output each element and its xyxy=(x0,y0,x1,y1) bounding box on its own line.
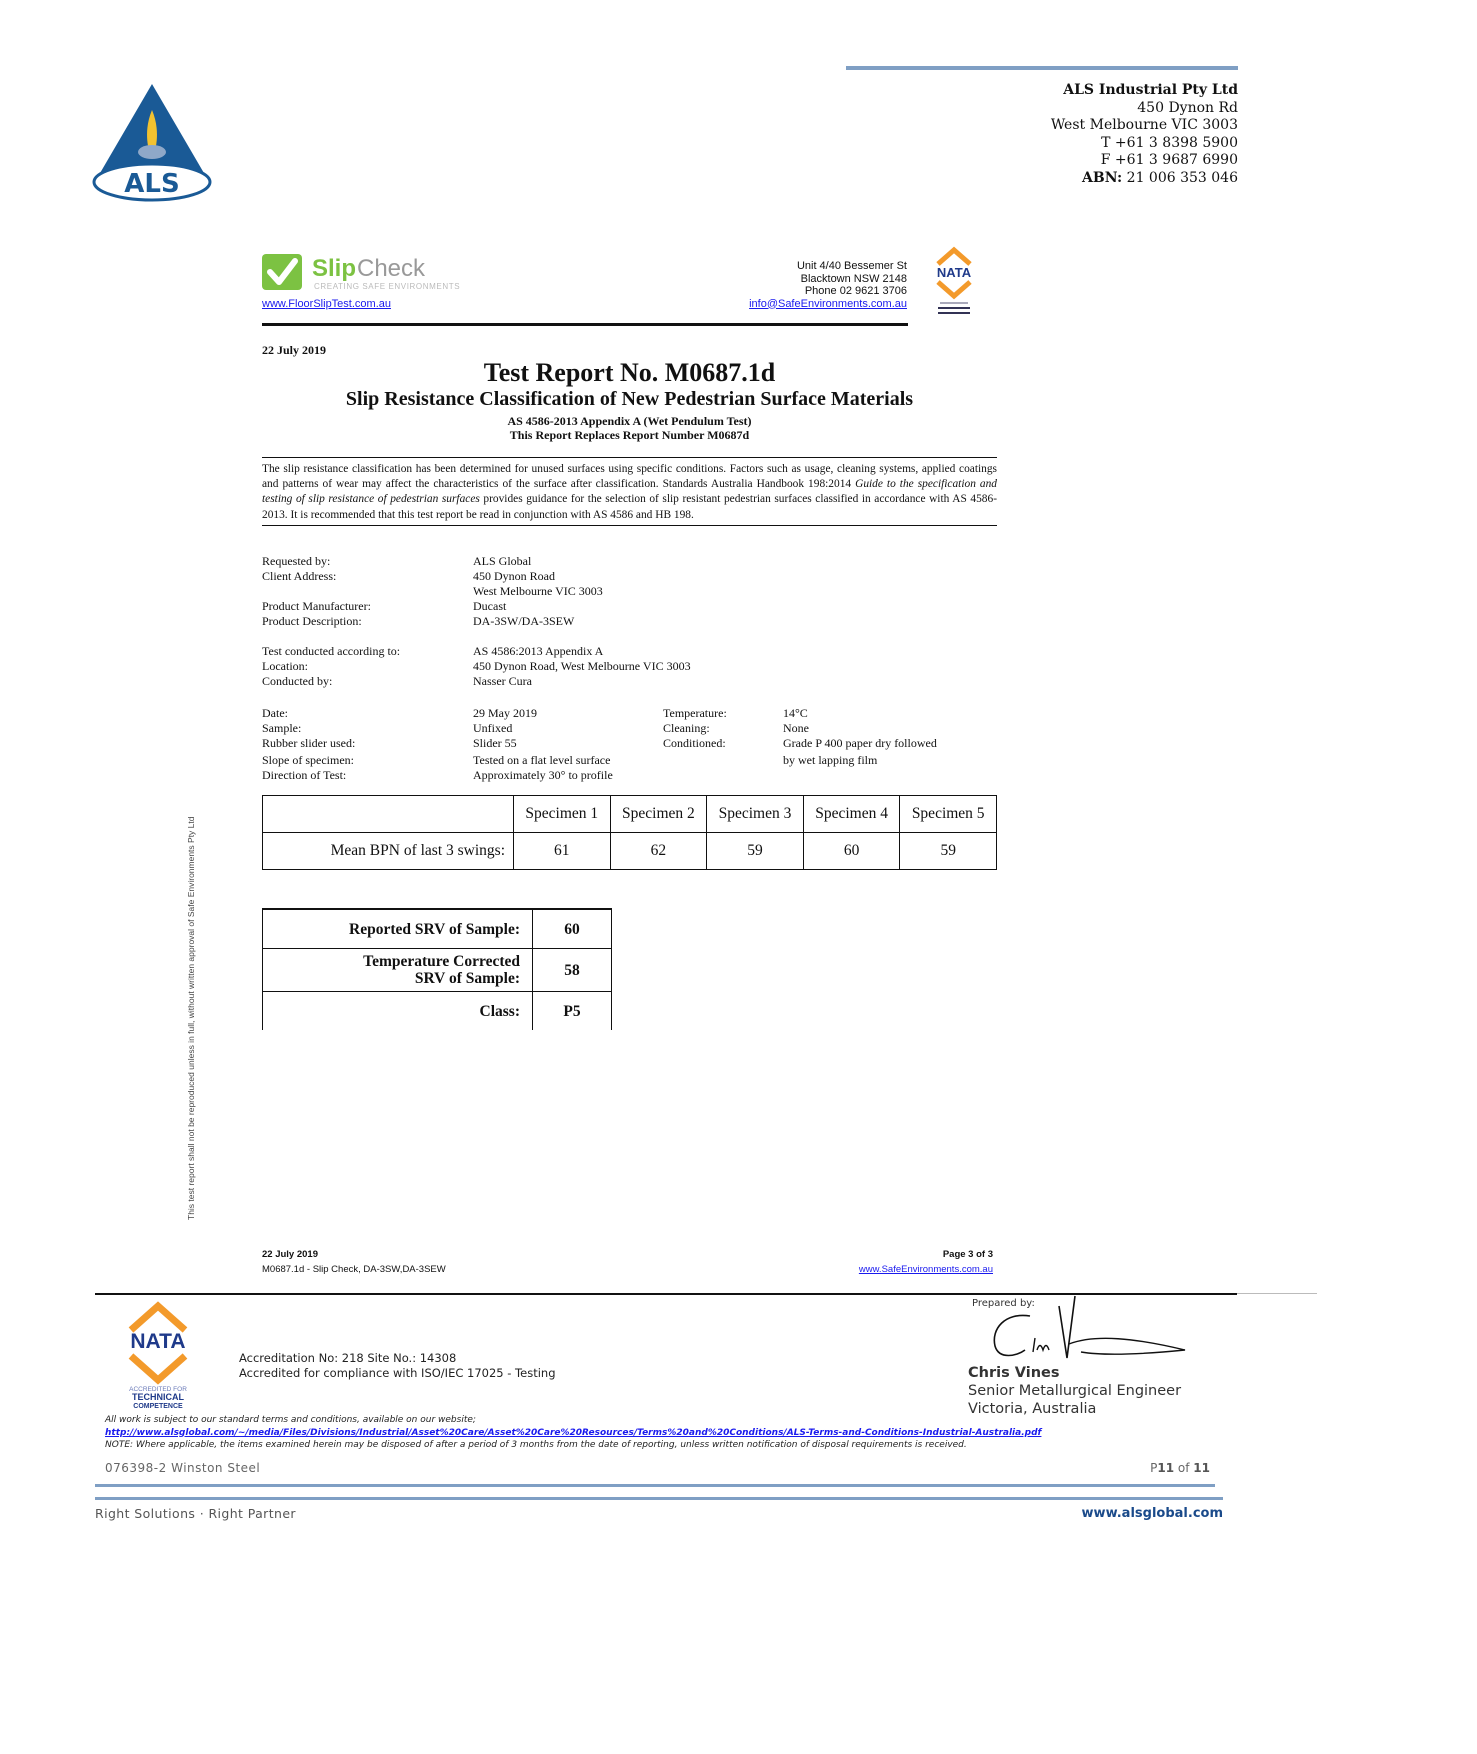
nata-small-icon: NATA xyxy=(926,246,982,318)
als-phone: T +61 3 8398 5900 xyxy=(1051,135,1238,153)
signer-name: Chris Vines xyxy=(968,1364,1181,1382)
disclaimer-paragraph: The slip resistance classification has b… xyxy=(262,457,997,526)
bpn-value: 59 xyxy=(707,833,804,870)
table-header-cell: Specimen 3 xyxy=(707,796,804,833)
table-header-cell: Specimen 1 xyxy=(514,796,611,833)
footer-rule-extension xyxy=(1237,1293,1317,1294)
als-address-block: ALS Industrial Pty Ltd 450 Dynon Rd West… xyxy=(1051,82,1238,187)
slipcheck-header-rule xyxy=(262,323,908,326)
srv-summary-table: Reported SRV of Sample: 60 Temperature C… xyxy=(262,908,612,1030)
header-rule xyxy=(846,66,1238,70)
row-label: Mean BPN of last 3 swings: xyxy=(263,833,514,870)
client-info: Requested by:ALS Global Client Address:4… xyxy=(262,554,603,629)
accreditation-compliance: Accredited for compliance with ISO/IEC 1… xyxy=(239,1366,556,1381)
bpn-value: 62 xyxy=(610,833,707,870)
bpn-value: 61 xyxy=(514,833,611,870)
table-header-cell: Specimen 4 xyxy=(803,796,900,833)
floorsliptest-link[interactable]: www.FloorSlipTest.com.au xyxy=(262,298,391,310)
table-row: Temperature CorrectedSRV of Sample: 58 xyxy=(263,949,612,992)
slipcheck-footer-right: Page 3 of 3 www.SafeEnvironments.com.au xyxy=(859,1247,993,1277)
footer-rule-blue-2 xyxy=(95,1497,1223,1500)
class-label: Class: xyxy=(263,992,533,1031)
nata-logo-small: NATA xyxy=(926,246,982,318)
als-company-name: ALS Industrial Pty Ltd xyxy=(1051,82,1238,100)
requested-by-value: ALS Global xyxy=(473,554,531,569)
bpn-value: 59 xyxy=(900,833,997,870)
bpn-value: 60 xyxy=(803,833,900,870)
nata-accreditation-icon: NATA ACCREDITED FOR TECHNICAL COMPETENCE xyxy=(113,1300,203,1410)
table-header-row: Specimen 1 Specimen 2 Specimen 3 Specime… xyxy=(263,796,997,833)
slipcheck-logo: Slip Check CREATING SAFE ENVIRONMENTS xyxy=(262,252,492,294)
table-row: Reported SRV of Sample: 60 xyxy=(263,909,612,949)
slipcheck-footer-left: 22 July 2019 M0687.1d - Slip Check, DA-3… xyxy=(262,1247,446,1277)
signer-block: Chris Vines Senior Metallurgical Enginee… xyxy=(968,1364,1181,1418)
job-reference: 076398-2 Winston Steel xyxy=(105,1461,260,1475)
svg-text:Check: Check xyxy=(357,255,426,282)
test-conditions: Date:29 May 2019Temperature:14°C Sample:… xyxy=(262,706,937,783)
accreditation-number: Accreditation No: 218 Site No.: 14308 xyxy=(239,1351,556,1366)
table-row: Class: P5 xyxy=(263,992,612,1031)
signature-icon xyxy=(985,1294,1195,1364)
svg-text:COMPETENCE: COMPETENCE xyxy=(133,1403,183,1410)
slipcheck-page-number: Page 3 of 3 xyxy=(859,1247,993,1262)
svg-text:Slip: Slip xyxy=(312,255,356,282)
svg-text:CREATING SAFE ENVIRONMENTS: CREATING SAFE ENVIRONMENTS xyxy=(314,282,460,291)
accreditation-block: Accreditation No: 218 Site No.: 14308 Ac… xyxy=(239,1351,556,1381)
table-row: Mean BPN of last 3 swings: 61 62 59 60 5… xyxy=(263,833,997,870)
signer-title: Senior Metallurgical Engineer xyxy=(968,1382,1181,1400)
slipcheck-address-block: Unit 4/40 Bessemer St Blacktown NSW 2148… xyxy=(749,260,907,310)
table-header-cell: Specimen 2 xyxy=(610,796,707,833)
slipcheck-email-link[interactable]: info@SafeEnvironments.com.au xyxy=(749,298,907,310)
report-title: Test Report No. M0687.1d xyxy=(262,358,997,388)
als-abn: ABN: 21 006 353 046 xyxy=(1051,170,1238,188)
report-standard: AS 4586-2013 Appendix A (Wet Pendulum Te… xyxy=(262,414,997,442)
table-header-cell: Specimen 5 xyxy=(900,796,997,833)
page-indicator: P11 of 11 xyxy=(1150,1461,1210,1475)
footer-rule-blue-1 xyxy=(95,1484,1215,1487)
reported-srv-value: 60 xyxy=(533,909,612,949)
class-value: P5 xyxy=(533,992,612,1031)
als-street: 450 Dynon Rd xyxy=(1051,100,1238,118)
als-tagline: Right Solutions · Right Partner xyxy=(95,1506,296,1521)
corrected-srv-label: Temperature CorrectedSRV of Sample: xyxy=(263,949,533,992)
svg-text:NATA: NATA xyxy=(130,1330,185,1353)
report-date: 22 July 2019 xyxy=(262,343,326,358)
safeenvironments-link[interactable]: www.SafeEnvironments.com.au xyxy=(859,1264,993,1275)
signature xyxy=(985,1294,1195,1364)
als-fax: F +61 3 9687 6990 xyxy=(1051,152,1238,170)
terms-block: All work is subject to our standard term… xyxy=(105,1414,1235,1452)
als-city: West Melbourne VIC 3003 xyxy=(1051,117,1238,135)
svg-text:ALS: ALS xyxy=(124,169,179,199)
disposal-note: NOTE: Where applicable, the items examin… xyxy=(105,1439,1235,1452)
report-subtitle: Slip Resistance Classification of New Pe… xyxy=(262,388,997,411)
bpn-results-table: Specimen 1 Specimen 2 Specimen 3 Specime… xyxy=(262,795,997,870)
corrected-srv-value: 58 xyxy=(533,949,612,992)
svg-text:NATA: NATA xyxy=(937,265,972,280)
svg-text:TECHNICAL: TECHNICAL xyxy=(132,1392,184,1402)
test-info: Test conducted according to:AS 4586:2013… xyxy=(262,644,691,689)
als-website-link[interactable]: www.alsglobal.com xyxy=(1082,1506,1223,1521)
als-logo-icon: ALS xyxy=(90,82,215,202)
nata-logo: NATA ACCREDITED FOR TECHNICAL COMPETENCE xyxy=(113,1300,203,1410)
reproduction-notice: This test report shall not be reproduced… xyxy=(186,750,196,1220)
terms-link[interactable]: http://www.alsglobal.com/~/media/Files/D… xyxy=(105,1428,1041,1438)
reported-srv-label: Reported SRV of Sample: xyxy=(263,909,533,949)
als-logo: ALS xyxy=(90,82,215,202)
